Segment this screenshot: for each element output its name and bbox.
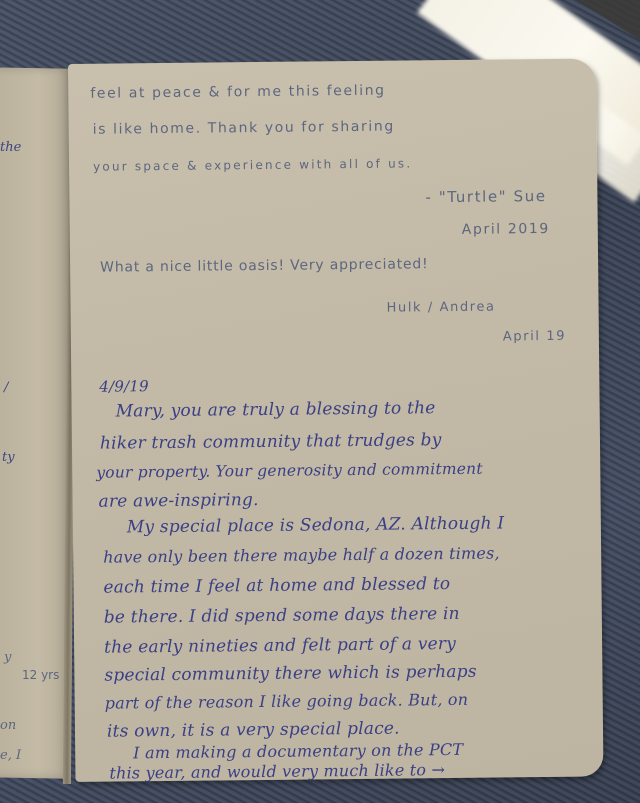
entry3-line: your property. Your generosity and commi… [96,460,483,482]
entry3-line: I am making a documentary on the PCT [133,740,463,762]
entry2-signature: Hulk / Andrea [386,300,495,316]
entry3-line: have only been there maybe half a dozen … [103,544,500,567]
entry3-line: My special place is Sedona, AZ. Although… [127,513,505,537]
left-page-fragment: the [0,140,21,155]
entry3-line: be there. I did spend some days there in [104,604,460,628]
entry3-line: special community there which is perhaps [104,662,477,686]
entry1-line: is like home. Thank you for sharing [93,119,395,138]
entry1-signature: - "Turtle" Sue [425,187,546,206]
left-page-fragment: / [4,380,8,395]
entry3-line: Mary, you are truly a blessing to the [116,398,436,421]
entry3-line: this year, and would very much like to → [109,760,445,783]
entry3-line: each time I feel at home and blessed to [103,574,450,598]
entry2-line: What a nice little oasis! Very appreciat… [100,256,429,275]
left-page-fragment: e, I [0,748,21,763]
entry3-line: its own, it is a very special place. [107,719,400,742]
left-page-fragment: on [0,718,16,733]
right-notebook-page: feel at peace & for me this feeling is l… [68,58,603,781]
left-page-fragment: ty [2,450,15,465]
entry1-line: your space & experience with all of us. [93,156,412,173]
entry1-line: feel at peace & for me this feeling [90,83,385,102]
left-page-fragment: 12 yrs [22,668,59,682]
entry2-date: April 19 [503,329,566,345]
entry3-line: the early nineties and felt part of a ve… [104,634,456,658]
entry1-date: April 2019 [462,221,550,238]
entry3-line: hiker trash community that trudges by [100,430,442,454]
entry3-line: part of the reason I like going back. Bu… [105,690,469,713]
entry3-line: are awe-inspiring. [98,490,258,512]
left-page-fragment: y [4,650,11,665]
entry3-date: 4/9/19 [99,377,149,396]
